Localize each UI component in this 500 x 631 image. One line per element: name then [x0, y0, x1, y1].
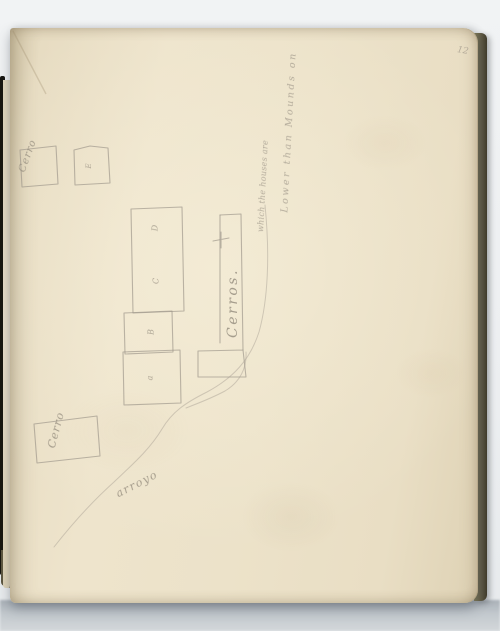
mound-letter-b: B: [147, 329, 156, 335]
cerros-label: Cerros.: [225, 268, 241, 338]
mound-letter-e: E: [85, 163, 93, 168]
cross-mark: [213, 232, 229, 248]
pencil-sketch: [10, 28, 478, 603]
arroyo-line: [54, 205, 268, 547]
cerros-bar-foot: [198, 350, 246, 377]
cerro-square-bottom-outline: [34, 416, 100, 463]
notebook-page: Cerro Cerro Cerros. arroyo E D C B a Low…: [10, 28, 478, 603]
mound-dc-outline: [131, 207, 184, 313]
mound-letter-d: D: [151, 225, 160, 231]
notebook-photo: Cerro Cerro Cerros. arroyo E D C B a Low…: [0, 0, 500, 631]
arroyo-inner-bank: [186, 352, 246, 408]
mound-letter-a: a: [146, 376, 155, 381]
table-shadow: [0, 600, 500, 631]
mound-letter-c: C: [152, 278, 161, 284]
page-crease: [13, 31, 46, 94]
page-number: 12: [456, 45, 469, 57]
